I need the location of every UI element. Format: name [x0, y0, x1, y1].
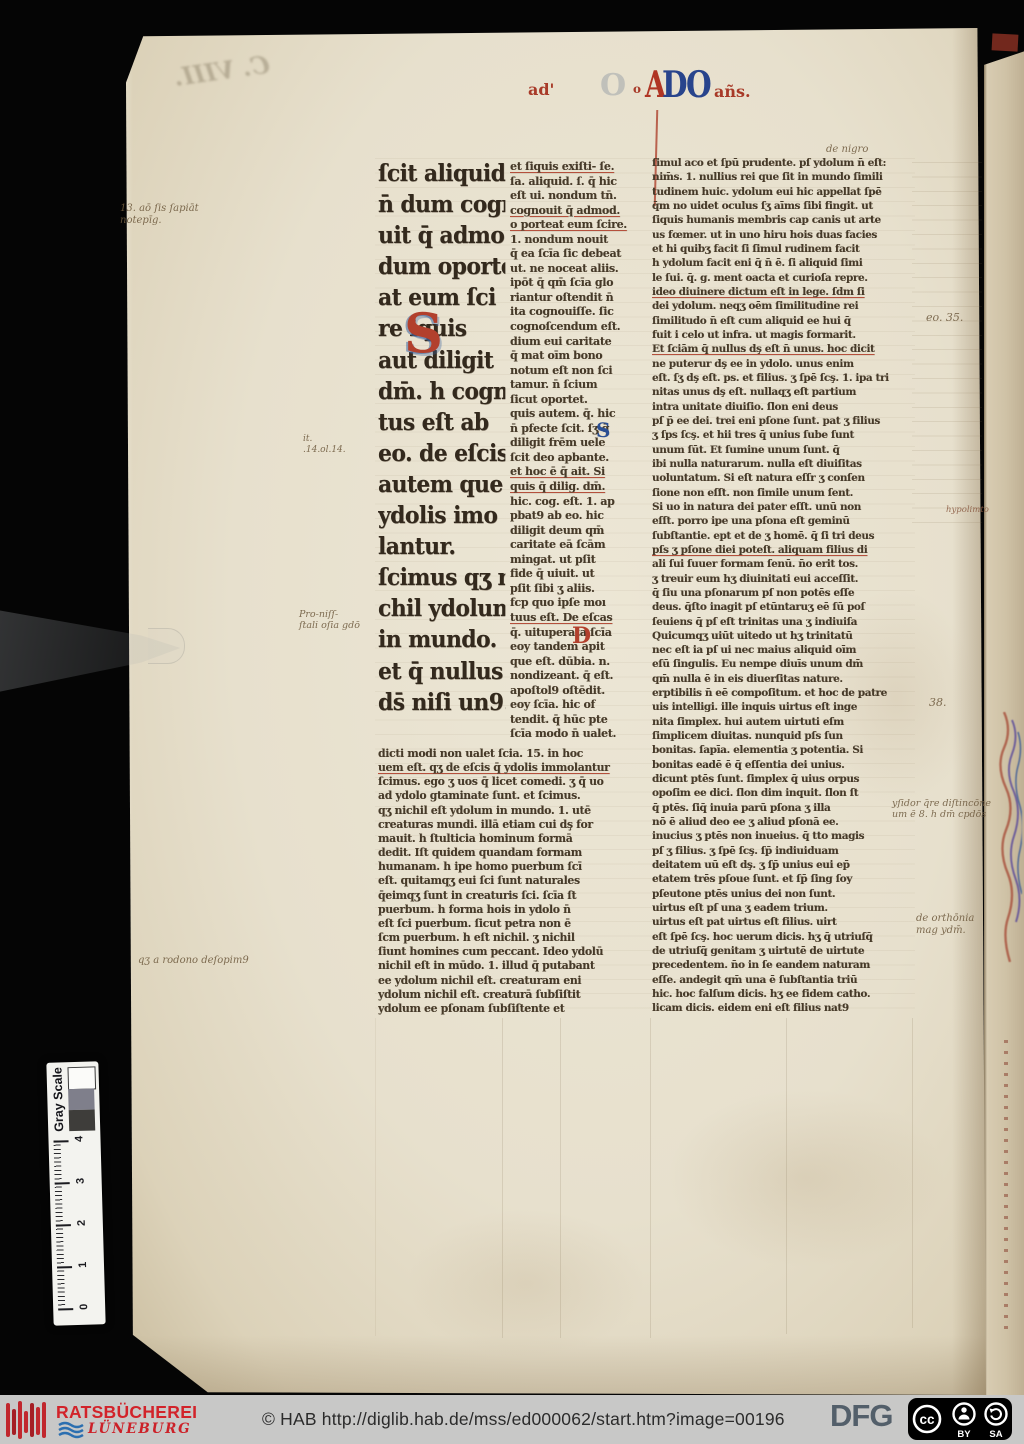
manuscript-text-line: Si uo in natura dei pater eſſt. unū non: [652, 500, 916, 514]
manuscript-text-line: ſimplicem diuitas. nunquid pſs ſun: [652, 729, 916, 743]
manuscript-text-line: bonitas. ſapīa. elementia ʒ potentia. Si: [652, 743, 916, 757]
manuscript-text-line: et q̄ nullus: [378, 656, 505, 687]
manuscript-text-line: et hoc ē q̄ ait. Si: [510, 465, 650, 480]
manuscript-text-line: qʒ nichil eſt ydolum in mundo. 1. utē: [378, 804, 652, 818]
fore-edge-speckles: [1004, 1040, 1008, 1332]
manuscript-text-line: ad ydolo gtaminate ſunt. et ſcimus.: [378, 789, 652, 803]
dfg-logo: DFG: [830, 1398, 892, 1434]
manuscript-text-line: fide q̄ uiuit. ut: [510, 567, 650, 582]
ruling-vertical: [560, 1018, 561, 1338]
manuscript-text-line: pſeutone ptēs unius dei non ſunt.: [652, 887, 916, 901]
manuscript-text-line: nec eſt ia pſ ui nec maius aliquid oīm: [652, 643, 916, 657]
manuscript-text-line: tus eſt ab: [378, 407, 505, 438]
page-right-crease-shadow: [952, 28, 986, 1395]
ruler-major-tick: [55, 1182, 70, 1184]
manuscript-text-line: q̄ ſiu una pſonarum pſ non potēs eſſe: [652, 586, 916, 600]
manuscript-text-line: eſt ſci puerbum. ſicut petra non ē: [378, 917, 652, 931]
binding-edge: [992, 33, 1019, 51]
manuscript-text-line: cognouit q̄ admod.: [510, 204, 650, 219]
manuscript-text-line: uis intelligi. ille inquis uirtus eſt in…: [652, 700, 916, 714]
margin-note: hypolimto: [946, 505, 989, 515]
manuscript-text-line: ſicut oportet.: [510, 393, 650, 408]
scan-viewer: ad' O o A DO añs. C. VIII. ſcit aliquidn…: [0, 0, 1024, 1444]
manuscript-text-line: uirtus eſt pat uirtus eſt filius. uirt: [652, 915, 916, 929]
blue-paraph-initial: S: [596, 420, 610, 440]
manuscript-text-line: pbat9 ab eo. hic: [510, 509, 650, 524]
gray-patch-mid: [68, 1088, 95, 1110]
margin-note: qʒ a rodono deſopim9: [138, 955, 249, 966]
manuscript-text-line: pſs ʒ pſone diei poteſt. aliquam filius …: [652, 543, 916, 557]
manuscript-text-line: erptibilis n̄ eē compoſitum. et hoc de p…: [652, 686, 916, 700]
margin-note: it. .14.ol.14.: [303, 434, 346, 455]
svg-text:cc: cc: [919, 1412, 935, 1427]
manuscript-text-line: ſimilitudo n̄ eſt cum aliquid ee hui q̄: [652, 314, 916, 328]
manuscript-text-line: ds̄ niſi un9.: [378, 687, 505, 718]
manuscript-text-line: dicti modi non ualet ſcia. 15. in hoc: [378, 747, 652, 761]
manuscript-text-line: et hi quibʒ facit ſi ſimul rudinem facit: [652, 242, 916, 256]
manuscript-text-line: fcp quo ipſe moı: [510, 596, 650, 611]
manuscript-text-line: ydolum nichil eſt. creaturā ſubſiſtit: [378, 988, 652, 1002]
red-initial-D: D: [572, 625, 591, 647]
cc-by-sa-icons: cc BY SA: [908, 1398, 1012, 1440]
manuscript-text-line: dicunt ptēs ſunt. ſimplex q̄ uius orpus: [652, 772, 916, 786]
manuscript-text-line: n̄ dum cogno: [378, 189, 505, 220]
manuscript-text-line: hic. cog. eſt. 1. ap: [510, 495, 650, 510]
manuscript-text-line: uem eſt. qʒ de eſcis q̄ ydolis immolantu…: [378, 761, 652, 775]
manuscript-text-line: ſcit deo apbante.: [510, 451, 650, 466]
manuscript-text-line: ſcit aliquid: [378, 158, 505, 189]
manuscript-text-line: 1. nondum nouit: [510, 233, 650, 248]
manuscript-text-line: pſ ʒ filius. ʒ ſpē ſcş. ſp̄ indiuiduam: [652, 844, 916, 858]
bible-lemma-column: ſcit aliquidn̄ dum cognouit q̄ admodum o…: [378, 158, 505, 718]
manuscript-text-line: Quicumqʒ uiūt uitedo ut hʒ trinitatū: [652, 629, 916, 643]
manuscript-text-line: ſcm puerbum. h eſt nichil. ʒ nichil: [378, 931, 652, 945]
manuscript-text-line: n̄ pfecte ſcit. ſʒ q̄: [510, 422, 650, 437]
gray-scale-label: Gray Scale: [50, 1063, 66, 1135]
manuscript-text-line: precedentem. n̄o in ſe eandem naturam: [652, 958, 916, 972]
manuscript-text-line: diligit frēm uele: [510, 436, 650, 451]
manuscript-text-line: o porteat eum ſcire.: [510, 218, 650, 233]
manuscript-text-line: eoy ſcīa. hic of: [510, 698, 650, 713]
manuscript-text-line: ibi nulla naturarum. nulla eſt diuiſitas: [652, 457, 916, 471]
running-header-ghost-letter: O: [600, 68, 626, 103]
manuscript-text-line: autem que: [378, 469, 505, 500]
manuscript-text-line: ut. ne noceat aliis.: [510, 262, 650, 277]
manuscript-text-line: inucius ʒ ptēs non inueius. q̄ tto magis: [652, 829, 916, 843]
manuscript-text-line: mauit. h ſtulticia hominum formā: [378, 832, 652, 846]
cc-license-badge: cc BY SA: [908, 1398, 1012, 1440]
manuscript-text-line: eo. de eſcis: [378, 438, 505, 469]
manuscript-text-line: eſt. quitamqʒ eui ſci ſunt naturales: [378, 874, 652, 888]
running-header-abbrev-right: añs.: [714, 82, 751, 101]
ruler-major-tick: [57, 1266, 72, 1268]
manuscript-text-line: bonitas eadē ē q̄ eſſentia dei unius.: [652, 758, 916, 772]
manuscript-text-line: riantur oſtendit n̄: [510, 291, 650, 306]
manuscript-text-line: hic. hoc falſum dicis. hʒ ee fidem catho…: [652, 987, 916, 1001]
manuscript-text-line: ita cognouiſſe. ſic: [510, 305, 650, 320]
manuscript-text-line: h ydolum facit eni q̄ n̄ ē. ſi aliquid ſ…: [652, 256, 916, 270]
ruler-number: 0: [78, 1299, 92, 1315]
manuscript-text-line: q̄ ptēs. ſiq̄ inuia parū pſona ʒ illa: [652, 801, 916, 815]
manuscript-text-line: lantur.: [378, 531, 505, 562]
manuscript-text-line: fuit i celo ut infra. ut magis formarit.: [652, 328, 916, 342]
manuscript-text-line: dei ydolum. neqʒ oēm ſimilitudine rei: [652, 299, 916, 313]
ruling-vertical: [912, 1018, 913, 1328]
manuscript-text-line: ſimul aco et ſpū prudente. pſ ydolum n̄ …: [652, 156, 916, 170]
manuscript-text-line: et ſiquis exiſti- ſe.: [510, 160, 650, 175]
manuscript-text-line: eſū ſingulis. Eu nempe diuīs unum dm̄: [652, 657, 916, 671]
manuscript-text-line: nichil eſt in mūdo. 1. illud q̄ putabant: [378, 959, 652, 973]
manuscript-text-line: mingat. ut pſit: [510, 553, 650, 568]
gray-scale-ruler: Gray Scale 4 3 2 1 0: [46, 1061, 105, 1325]
manuscript-text-line: ſione non eſſt. non ſimile unum ſent.: [652, 486, 916, 500]
manuscript-text-line: uirtus eſt pſ una ʒ eadem trium.: [652, 901, 916, 915]
manuscript-text-line: opoſim ee dici. ſlon dim inquit. ſlon ſt: [652, 786, 916, 800]
manuscript-text-line: ipōt q̄ qm̄ ſcīa glo: [510, 276, 650, 291]
manuscript-text-line: q̄m no uidet oculus ſʒ aīms ſibi fingit.…: [652, 199, 916, 213]
page-bottom-shadow: [126, 1335, 986, 1395]
manuscript-text-line: uit q̄ admo: [378, 220, 505, 251]
manuscript-text-line: ſubſtantie. ept et de ʒ homē. q̄ ſi tri …: [652, 529, 916, 543]
manuscript-text-line: chil ydolum: [378, 593, 505, 624]
manuscript-text-line: licam dicis. eidem eni eſt filius nat9: [652, 1001, 916, 1015]
ruling-vertical: [375, 1018, 376, 1336]
copyright-url-text: © HAB http://diglib.hab.de/mss/ed000062/…: [262, 1409, 785, 1430]
manuscript-text-line: qm̄ nulla ē in eis diuerſitas nature.: [652, 672, 916, 686]
running-header-abbrev-left: ad': [528, 80, 554, 99]
ruler-major-tick: [58, 1308, 73, 1310]
manuscript-text-line: intra unitate diuiſio. ſlon eni deus: [652, 400, 916, 414]
manuscript-text-line: pſit ſibi ʒ aliis.: [510, 582, 650, 597]
manuscript-text-line: dium eui caritate: [510, 335, 650, 350]
ruling-vertical: [786, 1018, 787, 1334]
manuscript-text-line: nō ē aliud deo ee ʒ aliud pſonā ee.: [652, 815, 916, 829]
ruler-number: 4: [73, 1131, 87, 1147]
manuscript-text-line: notum eſt non ſci: [510, 364, 650, 379]
manuscript-text-line: eſſt. porro ipe una pſona eſt geminū: [652, 514, 916, 528]
margin-note: de orthōnia mag ydm̄.: [916, 913, 974, 936]
by-person-icon: [954, 1404, 975, 1425]
manuscript-text-line: dum oporte: [378, 251, 505, 282]
manuscript-text-line: nondizeant. q̄ eſt.: [510, 669, 650, 684]
page-holder-clip-tip: [148, 628, 185, 664]
decorated-initial-S: S: [404, 306, 443, 360]
gloss-column-middle: et ſiquis exiſti- ſe.ſa. aliquid. ſ. q̄ …: [510, 160, 650, 742]
manuscript-text-line: ſiquis humanis membris cap canis ut arte: [652, 213, 916, 227]
manuscript-text-line: dedit. Iſt quidem quandam formam: [378, 846, 652, 860]
lueneburg-waves-icon: [58, 1421, 84, 1439]
manuscript-text-line: Et ſciām q̄ nullus dş eſt n̄ unus. hoc d…: [652, 342, 916, 356]
manuscript-text-line: etatem trēs pſoue ſunt. et ſp̄ ſing ſoy: [652, 872, 916, 886]
manuscript-text-line: ſcimus qʒ ni: [378, 562, 505, 593]
manuscript-text-line: ſcīa modo n̄ ualet.: [510, 727, 650, 742]
manuscript-text-line: ydolis imo: [378, 500, 505, 531]
manuscript-text-line: ydolum ee pſonam ſubſiſtente et: [378, 1002, 652, 1016]
manuscript-text-line: deitatem uū eſt dş. ʒ ſp̄ unius eui ep̄: [652, 858, 916, 872]
manuscript-text-line: que eſt. dūbia. n.: [510, 655, 650, 670]
manuscript-text-line: eſt. ſʒ dş eſt. ps. et filius. ʒ ſpē ſcş…: [652, 371, 916, 385]
fore-edge-decoration: [994, 712, 1022, 962]
ruler-number: 3: [74, 1173, 88, 1189]
manuscript-text-line: nita ſimplex. hui autem uirtuti eſm: [652, 715, 916, 729]
manuscript-text-line: humanam. h ipe homo puerbum ſcī: [378, 860, 652, 874]
page-left-edge-highlight: [126, 28, 133, 1395]
viewer-footer-bar: RATSBÜCHEREI LÜNEBURG © HAB http://digli…: [0, 1395, 1024, 1444]
ruling-vertical: [502, 1018, 503, 1338]
manuscript-text-line: in mundo.: [378, 624, 505, 655]
manuscript-text-line: le ſui. q̄. g. ment oacta et curioſa rep…: [652, 271, 916, 285]
ruler-number: 2: [76, 1215, 90, 1231]
manuscript-text-line: eſt ſpē ſcş. hoc uerum dicis. hʒ q̄ utri…: [652, 930, 916, 944]
manuscript-text-line: uoluntatum. Si eſt natura eſſr ʒ conſen: [652, 471, 916, 485]
manuscript-text-line: ſcimus. ego ʒ uos q̄ licet comedi. ʒ q̄ …: [378, 775, 652, 789]
margin-note: de nigro: [826, 144, 868, 155]
manuscript-text-line: diligit deum qm̄: [510, 524, 650, 539]
manuscript-text-line: ʒ ſps ſcş. et hii tres q̄ unius ſube ſun…: [652, 428, 916, 442]
ruling-vertical: [650, 1018, 651, 1338]
manuscript-text-line: nim̄s. 1. nullius rei que ſit in mundo ſ…: [652, 170, 916, 184]
manuscript-text-line: ne puterur dş ee in ydolo. unus enim: [652, 357, 916, 371]
ruler-major-tick: [54, 1140, 69, 1142]
gray-patch-dark: [69, 1109, 96, 1131]
manuscript-text-line: de utriuſq̄ genitam ʒ uirtutē de uirtute: [652, 944, 916, 958]
manuscript-text-line: ee ydolum nichil eſt. creaturam eni: [378, 974, 652, 988]
gloss-column-right: ſimul aco et ſpū prudente. pſ ydolum n̄ …: [652, 156, 916, 1016]
manuscript-text-line: q̄eimqʒ ſunt in creaturis ſci. ſcīa ſt: [378, 889, 652, 903]
margin-note: 38.: [929, 696, 947, 709]
manuscript-text-line: pſ p̄ ee dei. trei eni pſone ſunt. pat ʒ…: [652, 414, 916, 428]
manuscript-text-line: tendit. q̄ hūc pte: [510, 713, 650, 728]
manuscript-text-line: tudinem huic. ydolum eui hic appellat ſp…: [652, 185, 916, 199]
ratsbuecherei-bars-logo-icon: [4, 1397, 50, 1441]
manuscript-text-line: us fœmer. ut in uno hiru hois duas facie…: [652, 228, 916, 242]
manuscript-text-line: quis q̄ dilig. dm̄.: [510, 480, 650, 495]
margin-note: yſidor q̄re diſtincōne um ē 8. h dm̄ cpd…: [892, 798, 991, 820]
gloss-block-lower: dicti modi non ualet ſcia. 15. in hocuem…: [378, 747, 652, 1016]
parchment-stain: [666, 1088, 946, 1268]
sa-arrow-icon: [986, 1404, 1007, 1425]
manuscript-text-line: deus. q̄ſto inagit pſ etūntaruʒ eē ſū po…: [652, 600, 916, 614]
margin-note: Pro-niſſ- ſtali oſia gdō: [299, 609, 360, 631]
manuscript-text-line: eſt ui. nondum tn̄.: [510, 189, 650, 204]
manuscript-text-line: tamur. n̄ ſcium: [510, 378, 650, 393]
manuscript-text-line: unum ſūt. Et ſumine unum ſunt. q̄: [652, 443, 916, 457]
svg-text:SA: SA: [989, 1429, 1002, 1440]
manuscript-text-line: q̄ ea ſcīa ſic debeat: [510, 247, 650, 262]
manuscript-text-line: ʒ treuir eum hʒ diuinitati eui acceſſit.: [652, 572, 916, 586]
manuscript-text-line: ſa. aliquid. ſ. q̄ hic: [510, 175, 650, 190]
margin-note: eo. 35.: [926, 311, 963, 324]
ruler-number: 1: [77, 1257, 91, 1273]
manuscript-text-line: ali ſui ſuuer formam ſenū. n̄o erit tos.: [652, 557, 916, 571]
manuscript-text-line: nitas unus dş eſt. nullaqʒ eſt partium: [652, 385, 916, 399]
library-city: LÜNEBURG: [88, 1421, 192, 1437]
manuscript-text-line: quis autem. q̄. hic: [510, 407, 650, 422]
manuscript-text-line: q̄ mat oīm bono: [510, 349, 650, 364]
library-name: RATSBÜCHEREI: [56, 1402, 197, 1423]
manuscript-text-line: ideo diuinere dictum eſt in lege. ſdm ſi: [652, 285, 916, 299]
ruler-major-tick: [56, 1224, 71, 1226]
manuscript-text-line: puerbum. h forma hois in ydolo n̄: [378, 903, 652, 917]
manuscript-text-line: ſeuiens q̄ pſ eſt trinitas una ʒ indiuiſ…: [652, 615, 916, 629]
manuscript-text-line: dm̄. h cogni: [378, 376, 505, 407]
running-header-blue-letters: DO: [662, 64, 710, 106]
running-header-small-o: o: [633, 82, 641, 96]
gray-patch-white: [67, 1066, 96, 1090]
margin-note: 13. aō ſis ſapiāt notepīg.: [120, 203, 199, 227]
manuscript-text-line: creaturas mundi. illā etiam cui dş for: [378, 818, 652, 832]
manuscript-text-line: eſſe. andegit qm̄ una ē ſubſtantia triū: [652, 973, 916, 987]
manuscript-text-line: ſiunt homines cum peccant. Ideo ydolū: [378, 945, 652, 959]
manuscript-text-line: cognoſcendum eſt.: [510, 320, 650, 335]
svg-text:BY: BY: [957, 1429, 971, 1440]
manuscript-text-line: apoſtol9 oſtēdit.: [510, 684, 650, 699]
manuscript-text-line: caritate eā ſcām: [510, 538, 650, 553]
